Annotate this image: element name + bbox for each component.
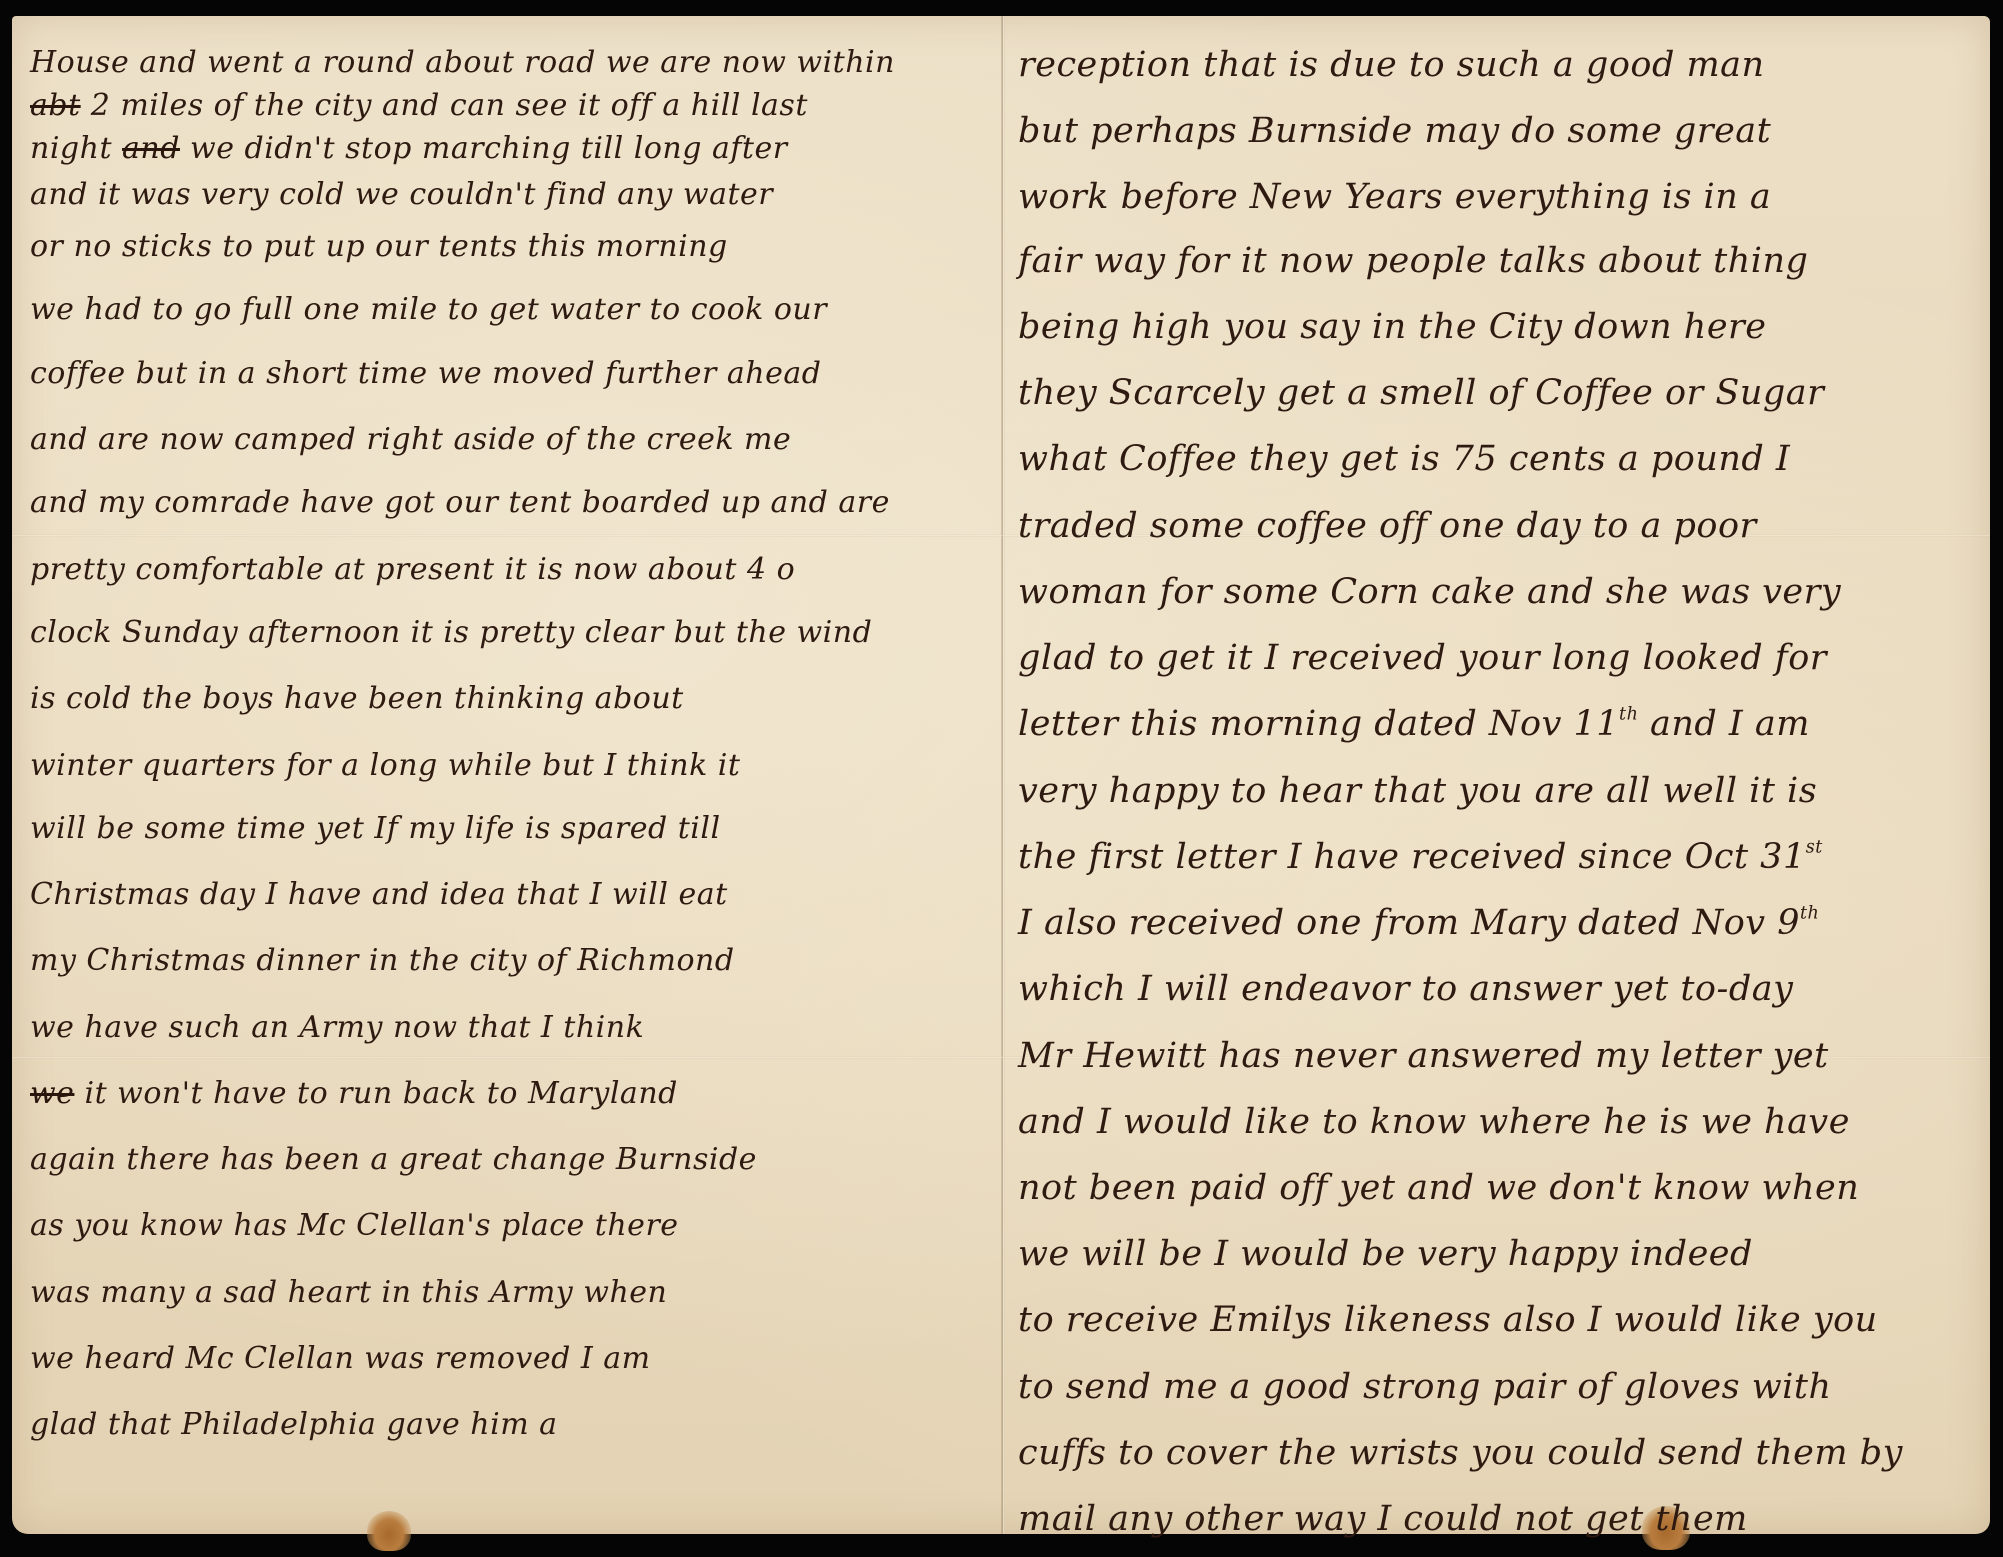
struck-word: abt xyxy=(30,88,81,123)
handwritten-line: we it won't have to run back to Maryland xyxy=(30,1076,678,1111)
line-text: and I would like to know where he is we … xyxy=(1018,1102,1850,1142)
line-text: we heard Mc Clellan was removed I am xyxy=(30,1341,651,1376)
line-text: which I will endeavor to answer yet to-d… xyxy=(1018,969,1793,1009)
handwritten-line: which I will endeavor to answer yet to-d… xyxy=(1018,969,1793,1009)
struck-word: we xyxy=(30,1076,74,1111)
line-text: being high you say in the City down here xyxy=(1018,307,1766,347)
line-text: or no sticks to put up our tents this mo… xyxy=(30,229,728,264)
line-text: Mr Hewitt has never answered my letter y… xyxy=(1018,1036,1829,1076)
ink-stain-left xyxy=(367,1511,411,1551)
line-text: but perhaps Burnside may do some great xyxy=(1018,111,1771,151)
date-ordinal: th xyxy=(1800,903,1819,923)
line-text: my Christmas dinner in the city of Richm… xyxy=(30,943,735,978)
handwritten-line: clock Sunday afternoon it is pretty clea… xyxy=(30,615,872,650)
handwritten-line: abt 2 miles of the city and can see it o… xyxy=(30,88,808,123)
line-text: reception that is due to such a good man xyxy=(1018,45,1765,85)
handwritten-line: we have such an Army now that I think xyxy=(30,1010,644,1045)
handwritten-line: and it was very cold we couldn't find an… xyxy=(30,177,773,212)
center-fold xyxy=(1001,16,1005,1534)
handwritten-line: fair way for it now people talks about t… xyxy=(1018,241,1808,281)
line-text: what Coffee they get is 75 cents a pound… xyxy=(1018,439,1790,479)
handwritten-line: winter quarters for a long while but I t… xyxy=(30,748,740,783)
handwritten-line: again there has been a great change Burn… xyxy=(30,1142,757,1177)
line-text: and are now camped right aside of the cr… xyxy=(30,422,791,457)
handwritten-line: but perhaps Burnside may do some great xyxy=(1018,111,1771,151)
handwritten-line: we will be I would be very happy indeed xyxy=(1018,1234,1753,1274)
handwritten-line: I also received one from Mary dated Nov … xyxy=(1018,903,1819,943)
line-text: glad that Philadelphia gave him a xyxy=(30,1407,558,1442)
line-text: to send me a good strong pair of gloves … xyxy=(1018,1367,1831,1407)
handwritten-line: reception that is due to such a good man xyxy=(1018,45,1765,85)
date-text: Nov 11th xyxy=(1489,704,1638,744)
handwritten-line: or no sticks to put up our tents this mo… xyxy=(30,229,728,264)
line-text: night xyxy=(30,131,112,166)
line-text: woman for some Corn cake and she was ver… xyxy=(1018,572,1841,612)
handwritten-line: we had to go full one mile to get water … xyxy=(30,292,827,327)
handwritten-line: will be some time yet If my life is spar… xyxy=(30,811,721,846)
line-text: it won't have to run back to Maryland xyxy=(84,1076,677,1111)
date-value: Nov 11 xyxy=(1489,704,1619,744)
date-text: Oct 31st xyxy=(1685,837,1823,877)
line-text: we have such an Army now that I think xyxy=(30,1010,644,1045)
handwritten-line: what Coffee they get is 75 cents a pound… xyxy=(1018,439,1790,479)
date-value: Nov 9 xyxy=(1693,903,1800,943)
line-text: mail any other way I could not get them xyxy=(1018,1499,1748,1539)
handwritten-line: was many a sad heart in this Army when xyxy=(30,1275,667,1310)
line-text: pretty comfortable at present it is now … xyxy=(30,552,795,587)
handwritten-line: and are now camped right aside of the cr… xyxy=(30,422,791,457)
handwritten-line: night and we didn't stop marching till l… xyxy=(30,131,788,166)
handwritten-line: very happy to hear that you are all well… xyxy=(1018,771,1817,811)
line-text: and it was very cold we couldn't find an… xyxy=(30,177,773,212)
line-text: traded some coffee off one day to a poor xyxy=(1018,506,1757,546)
line-text: fair way for it now people talks about t… xyxy=(1018,241,1808,281)
handwritten-line: and I would like to know where he is we … xyxy=(1018,1102,1850,1142)
handwritten-line: Christmas day I have and idea that I wil… xyxy=(30,877,728,912)
handwritten-line: we heard Mc Clellan was removed I am xyxy=(30,1341,651,1376)
handwritten-line: work before New Years everything is in a xyxy=(1018,177,1771,217)
date-value: Oct 31 xyxy=(1685,837,1806,877)
line-text: coffee but in a short time we moved furt… xyxy=(30,356,821,391)
line-text: Christmas day I have and idea that I wil… xyxy=(30,877,728,912)
line-text-continued: and I am xyxy=(1650,704,1810,744)
line-text: is cold the boys have been thinking abou… xyxy=(30,681,684,716)
handwritten-line: letter this morning dated Nov 11th and I… xyxy=(1018,704,1810,744)
handwritten-line: the first letter I have received since O… xyxy=(1018,837,1823,877)
line-text: glad to get it I received your long look… xyxy=(1018,638,1827,678)
line-text: was many a sad heart in this Army when xyxy=(30,1275,667,1310)
line-text-continued: we didn't stop marching till long after xyxy=(190,131,788,166)
line-text: to receive Emilys likeness also I would … xyxy=(1018,1300,1878,1340)
handwritten-line: coffee but in a short time we moved furt… xyxy=(30,356,821,391)
line-text: very happy to hear that you are all well… xyxy=(1018,771,1817,811)
line-text: they Scarcely get a smell of Coffee or S… xyxy=(1018,373,1824,413)
handwritten-line: not been paid off yet and we don't know … xyxy=(1018,1168,1859,1208)
line-text: not been paid off yet and we don't know … xyxy=(1018,1168,1859,1208)
handwritten-line: being high you say in the City down here xyxy=(1018,307,1766,347)
line-text: I also received one from Mary dated xyxy=(1018,903,1681,943)
struck-word: and xyxy=(122,131,180,166)
line-text: work before New Years everything is in a xyxy=(1018,177,1771,217)
date-text: Nov 9th xyxy=(1693,903,1820,943)
line-text: letter this morning dated xyxy=(1018,704,1477,744)
handwritten-line: Mr Hewitt has never answered my letter y… xyxy=(1018,1036,1829,1076)
line-text: 2 miles of the city and can see it off a… xyxy=(91,88,808,123)
handwritten-line: to send me a good strong pair of gloves … xyxy=(1018,1367,1831,1407)
handwritten-line: woman for some Corn cake and she was ver… xyxy=(1018,572,1841,612)
handwritten-line: and my comrade have got our tent boarded… xyxy=(30,485,890,520)
handwritten-line: mail any other way I could not get them xyxy=(1018,1499,1748,1539)
line-text: winter quarters for a long while but I t… xyxy=(30,748,740,783)
line-text: we will be I would be very happy indeed xyxy=(1018,1234,1753,1274)
handwritten-line: to receive Emilys likeness also I would … xyxy=(1018,1300,1878,1340)
handwritten-line: glad to get it I received your long look… xyxy=(1018,638,1827,678)
handwritten-line: they Scarcely get a smell of Coffee or S… xyxy=(1018,373,1824,413)
date-ordinal: th xyxy=(1619,705,1638,725)
handwritten-line: as you know has Mc Clellan's place there xyxy=(30,1208,679,1243)
handwritten-line: pretty comfortable at present it is now … xyxy=(30,552,795,587)
handwritten-line: is cold the boys have been thinking abou… xyxy=(30,681,684,716)
line-text: the first letter I have received since xyxy=(1018,837,1673,877)
line-text: as you know has Mc Clellan's place there xyxy=(30,1208,679,1243)
date-ordinal: st xyxy=(1806,837,1823,857)
handwritten-line: House and went a round about road we are… xyxy=(30,45,895,80)
line-text: and my comrade have got our tent boarded… xyxy=(30,485,890,520)
handwritten-line: my Christmas dinner in the city of Richm… xyxy=(30,943,735,978)
handwritten-line: traded some coffee off one day to a poor xyxy=(1018,506,1757,546)
line-text: House and went a round about road we are… xyxy=(30,45,895,80)
line-text: will be some time yet If my life is spar… xyxy=(30,811,721,846)
line-text: again there has been a great change Burn… xyxy=(30,1142,757,1177)
handwritten-line: glad that Philadelphia gave him a xyxy=(30,1407,558,1442)
line-text: we had to go full one mile to get water … xyxy=(30,292,827,327)
line-text: clock Sunday afternoon it is pretty clea… xyxy=(30,615,872,650)
handwritten-line: cuffs to cover the wrists you could send… xyxy=(1018,1433,1903,1473)
line-text: cuffs to cover the wrists you could send… xyxy=(1018,1433,1903,1473)
